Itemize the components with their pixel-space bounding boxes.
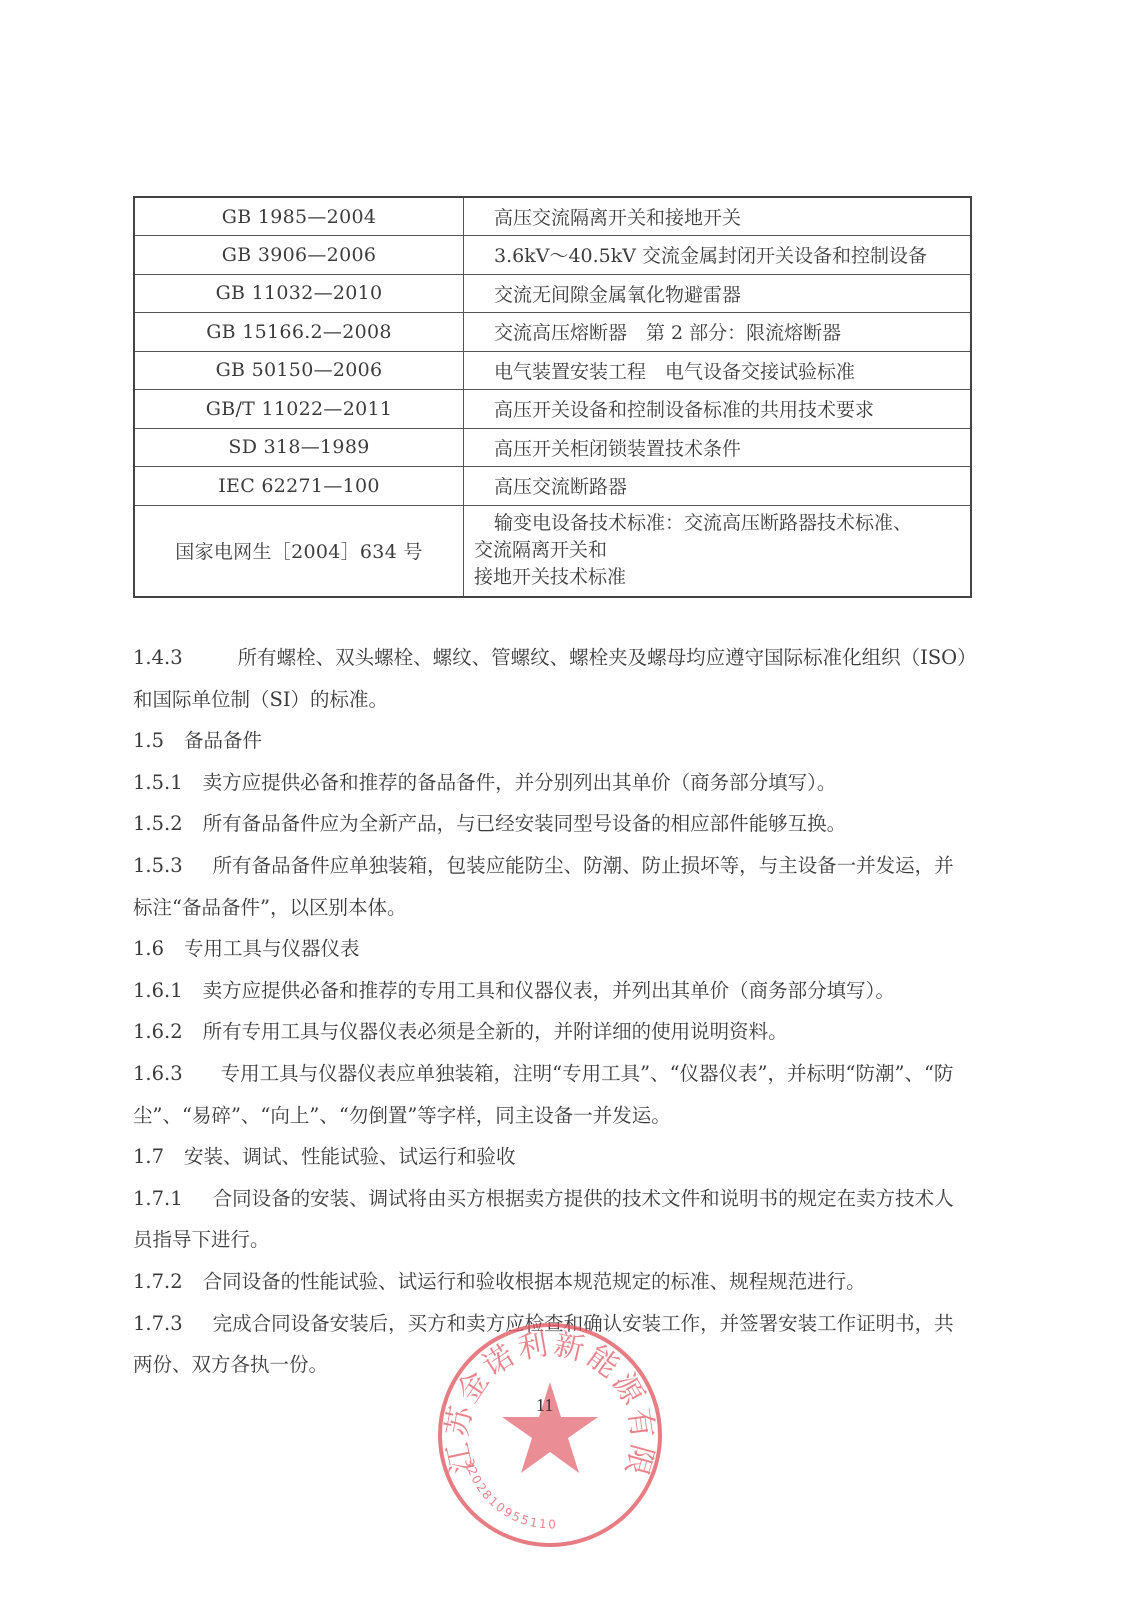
section-text: 卖方应提供必备和推荐的专用工具和仪器仪表，并列出其单价（商务部分填写）。	[203, 979, 895, 1002]
table-row: 国家电网生［2004］634 号 输变电设备技术标准：交流高压断路器技术标准、 …	[134, 505, 971, 597]
section-1-7-3: 1.7.3完成合同设备安装后，买方和卖方应检查和确认安装工作，并签署安装工作证明…	[133, 1303, 973, 1386]
standard-name: 3.6kV～40.5kV 交流金属封闭开关设备和控制设备	[464, 236, 972, 275]
section-number: 1.5	[133, 720, 164, 762]
standard-name-line: 接地开关技术标准	[474, 564, 960, 591]
body-text: 1.4.3所有螺栓、双头螺栓、螺纹、管螺纹、螺栓夹及螺母均应遵守国际标准化组织（…	[133, 637, 973, 1386]
section-number: 1.7.2	[133, 1261, 183, 1303]
table-row: SD 318—1989 高压开关柜闭锁装置技术条件	[134, 428, 971, 467]
table-row: GB 50150—2006 电气装置安装工程 电气设备交接试验标准	[134, 351, 971, 390]
section-number: 1.7	[133, 1136, 164, 1178]
standard-code: GB 11032—2010	[134, 274, 464, 313]
section-1-7-heading: 1.7安装、调试、性能试验、试运行和验收	[133, 1136, 973, 1178]
standard-name: 高压交流隔离开关和接地开关	[464, 197, 972, 236]
section-number: 1.5.1	[133, 762, 183, 804]
section-1-6-2: 1.6.2所有专用工具与仪器仪表必须是全新的，并附详细的使用说明资料。	[133, 1011, 973, 1053]
section-text: 所有螺栓、双头螺栓、螺纹、管螺纹、螺栓夹及螺母均应遵守国际标准化组织（ISO）和…	[133, 646, 967, 711]
standard-name: 交流高压熔断器 第 2 部分：限流熔断器	[464, 313, 972, 352]
standard-name: 高压交流断路器	[464, 467, 972, 506]
section-heading: 安装、调试、性能试验、试运行和验收	[184, 1145, 516, 1168]
standard-code: 国家电网生［2004］634 号	[134, 505, 464, 597]
section-text: 合同设备的性能试验、试运行和验收根据本规范规定的标准、规程规范进行。	[203, 1270, 866, 1293]
standards-table: GB 1985—2004 高压交流隔离开关和接地开关 GB 3906—2006 …	[133, 196, 972, 598]
standard-name: 高压开关设备和控制设备标准的共用技术要求	[464, 390, 972, 429]
section-number: 1.7.3	[133, 1303, 183, 1345]
section-number: 1.7.1	[133, 1178, 183, 1220]
section-heading: 备品备件	[184, 729, 262, 752]
document-page: GB 1985—2004 高压交流隔离开关和接地开关 GB 3906—2006 …	[0, 0, 1131, 1600]
page-number: 11	[536, 1395, 553, 1416]
standard-code: GB 3906—2006	[134, 236, 464, 275]
standard-name-line: 输变电设备技术标准：交流高压断路器技术标准、	[474, 510, 960, 537]
standard-name-line: 交流隔离开关和	[474, 537, 960, 564]
section-number: 1.4.3	[133, 637, 183, 679]
standard-name: 交流无间隙金属氧化物避雷器	[464, 274, 972, 313]
standard-name: 电气装置安装工程 电气设备交接试验标准	[464, 351, 972, 390]
section-heading: 专用工具与仪器仪表	[184, 937, 360, 960]
section-1-5-heading: 1.5备品备件	[133, 720, 973, 762]
section-1-5-2: 1.5.2所有备品备件应为全新产品，与已经安装同型号设备的相应部件能够互换。	[133, 803, 973, 845]
standard-code: IEC 62271—100	[134, 467, 464, 506]
svg-text:3202810955110: 3202810955110	[462, 1457, 558, 1532]
section-text: 专用工具与仪器仪表应单独装箱，注明“专用工具”、“仪器仪表”，并标明“防潮”、“…	[133, 1062, 953, 1127]
section-1-7-2: 1.7.2合同设备的性能试验、试运行和验收根据本规范规定的标准、规程规范进行。	[133, 1261, 973, 1303]
standard-code: GB/T 11022—2011	[134, 390, 464, 429]
standard-code: GB 50150—2006	[134, 351, 464, 390]
section-number: 1.6.2	[133, 1011, 183, 1053]
section-1-5-3: 1.5.3所有备品备件应单独装箱，包装应能防尘、防潮、防止损坏等，与主设备一并发…	[133, 845, 973, 928]
section-number: 1.6	[133, 928, 164, 970]
section-text: 所有专用工具与仪器仪表必须是全新的，并附详细的使用说明资料。	[203, 1020, 788, 1043]
section-1-6-heading: 1.6专用工具与仪器仪表	[133, 928, 973, 970]
section-number: 1.5.2	[133, 803, 183, 845]
section-number: 1.6.3	[133, 1053, 183, 1095]
section-number: 1.5.3	[133, 845, 183, 887]
table-row: GB 1985—2004 高压交流隔离开关和接地开关	[134, 197, 971, 236]
section-1-6-3: 1.6.3专用工具与仪器仪表应单独装箱，注明“专用工具”、“仪器仪表”，并标明“…	[133, 1053, 973, 1136]
standard-code: GB 1985—2004	[134, 197, 464, 236]
standard-name: 高压开关柜闭锁装置技术条件	[464, 428, 972, 467]
section-text: 完成合同设备安装后，买方和卖方应检查和确认安装工作，并签署安装工作证明书，共两份…	[133, 1312, 954, 1377]
table-row: IEC 62271—100 高压交流断路器	[134, 467, 971, 506]
section-1-7-1: 1.7.1合同设备的安装、调试将由买方根据卖方提供的技术文件和说明书的规定在卖方…	[133, 1178, 973, 1261]
section-number: 1.6.1	[133, 970, 183, 1012]
section-text: 合同设备的安装、调试将由买方根据卖方提供的技术文件和说明书的规定在卖方技术人员指…	[133, 1187, 954, 1252]
section-text: 所有备品备件应单独装箱，包装应能防尘、防潮、防止损坏等，与主设备一并发运，并标注…	[133, 854, 954, 919]
section-1-4-3: 1.4.3所有螺栓、双头螺栓、螺纹、管螺纹、螺栓夹及螺母均应遵守国际标准化组织（…	[133, 637, 973, 720]
table-row: GB 11032—2010 交流无间隙金属氧化物避雷器	[134, 274, 971, 313]
section-text: 所有备品备件应为全新产品，与已经安装同型号设备的相应部件能够互换。	[203, 812, 847, 835]
standard-code: GB 15166.2—2008	[134, 313, 464, 352]
table-row: GB/T 11022—2011 高压开关设备和控制设备标准的共用技术要求	[134, 390, 971, 429]
section-1-6-1: 1.6.1卖方应提供必备和推荐的专用工具和仪器仪表，并列出其单价（商务部分填写）…	[133, 970, 973, 1012]
section-text: 卖方应提供必备和推荐的备品备件，并分别列出其单价（商务部分填写）。	[203, 771, 837, 794]
seal-code: 3202810955110	[462, 1457, 558, 1532]
standard-code: SD 318—1989	[134, 428, 464, 467]
standard-name: 输变电设备技术标准：交流高压断路器技术标准、 交流隔离开关和 接地开关技术标准	[464, 505, 972, 597]
table-row: GB 15166.2—2008 交流高压熔断器 第 2 部分：限流熔断器	[134, 313, 971, 352]
section-1-5-1: 1.5.1卖方应提供必备和推荐的备品备件，并分别列出其单价（商务部分填写）。	[133, 762, 973, 804]
table-row: GB 3906—2006 3.6kV～40.5kV 交流金属封闭开关设备和控制设…	[134, 236, 971, 275]
